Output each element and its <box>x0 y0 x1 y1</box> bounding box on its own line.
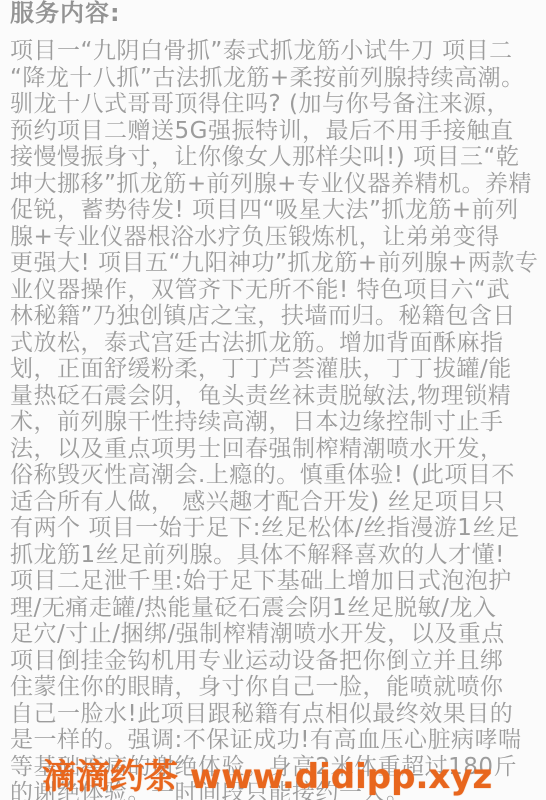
text-line: “降龙十八抓”古法抓龙筋+柔按前列腺持续高潮。 <box>10 65 538 92</box>
text-line: 促锐，蓄势待发! 项目四“吸星大法”抓龙筋+前列 <box>10 197 538 224</box>
text-line: 项目一“九阴白骨抓”泰式抓龙筋小试牛刀 项目二 <box>10 38 538 65</box>
text-line: 俗称毁灭性高潮会.上瘾的。慎重体验! (此项目不 <box>10 462 538 489</box>
text-line: 接慢慢振身寸，让你像女人那样尖叫!) 项目三“乾 <box>10 144 538 171</box>
text-line: 项目二足泄千里:始于足下基础上增加日式泡泡护 <box>10 568 538 595</box>
text-line: 量热砭石震会阴，龟头责丝袜责脱敏法,物理锁精 <box>10 383 538 410</box>
text-line: 业仪器操作，双管齐下无所不能! 特色项目六“武 <box>10 277 538 304</box>
text-line: 足穴/寸止/捆绑/强制榨精潮喷水开发，以及重点 <box>10 621 538 648</box>
text-line: 术，前列腺干性持续高潮，日本边缘控制寸止手 <box>10 409 538 436</box>
text-line: 住蒙住你的眼睛，身寸你自己一脸，能喷就喷你 <box>10 674 538 701</box>
text-line: 有两个 项目一始于足下:丝足松体/丝指漫游1丝足 <box>10 515 538 542</box>
text-line: 自己一脸水!此项目跟秘籍有点相似最终效果目的 <box>10 701 538 728</box>
text-content: 服务内容: 项目一“九阴白骨抓”泰式抓龙筋小试牛刀 项目二 “降龙十八抓”古法抓… <box>10 0 538 800</box>
text-line: 适合所有人做， 感兴趣才配合开发) 丝足项目只 <box>10 489 538 516</box>
text-line: 腺+专业仪器根浴水疗负压锻炼机，让弟弟变得 <box>10 224 538 251</box>
text-line: 式放松，泰式宫廷古法抓龙筋。增加背面酥麻指 <box>10 330 538 357</box>
service-description: 项目一“九阴白骨抓”泰式抓龙筋小试牛刀 项目二 “降龙十八抓”古法抓龙筋+柔按前… <box>10 38 538 800</box>
text-line: 预约项目二赠送5G强振特训，最后不用手接触直 <box>10 118 538 145</box>
text-line: 划，正面舒缓粉柔，丁丁芦荟灌肤，丁丁拔罐/能 <box>10 356 538 383</box>
text-line: 项目倒挂金钩机用专业运动设备把你倒立并且绑 <box>10 648 538 675</box>
page-title: 服务内容: <box>10 0 538 28</box>
text-line: 法，以及重点项男士回春强制榨精潮喷水开发， <box>10 436 538 463</box>
text-line: 抓龙筋1丝足前列腺。具体不解释喜欢的人才懂! <box>10 542 538 569</box>
text-line: 林秘籍”乃独创镇店之宝，扶墙而归。秘籍包含日 <box>10 303 538 330</box>
service-content-page: 服务内容: 项目一“九阴白骨抓”泰式抓龙筋小试牛刀 项目二 “降龙十八抓”古法抓… <box>0 0 546 800</box>
text-line: 坤大挪移”抓龙筋+前列腺+专业仪器养精机。养精 <box>10 171 538 198</box>
watermark-text: 滴滴约茶 www.didipp.xyz <box>42 749 492 798</box>
text-line: 理/无痛走罐/热能量砭石震会阴1丝足脱敏/龙入 <box>10 595 538 622</box>
text-line: 驯龙十八式哥哥顶得住吗? (加与你号备注来源， <box>10 91 538 118</box>
text-line: 更强大! 项目五“九阳神功”抓龙筋+前列腺+两款专 <box>10 250 538 277</box>
